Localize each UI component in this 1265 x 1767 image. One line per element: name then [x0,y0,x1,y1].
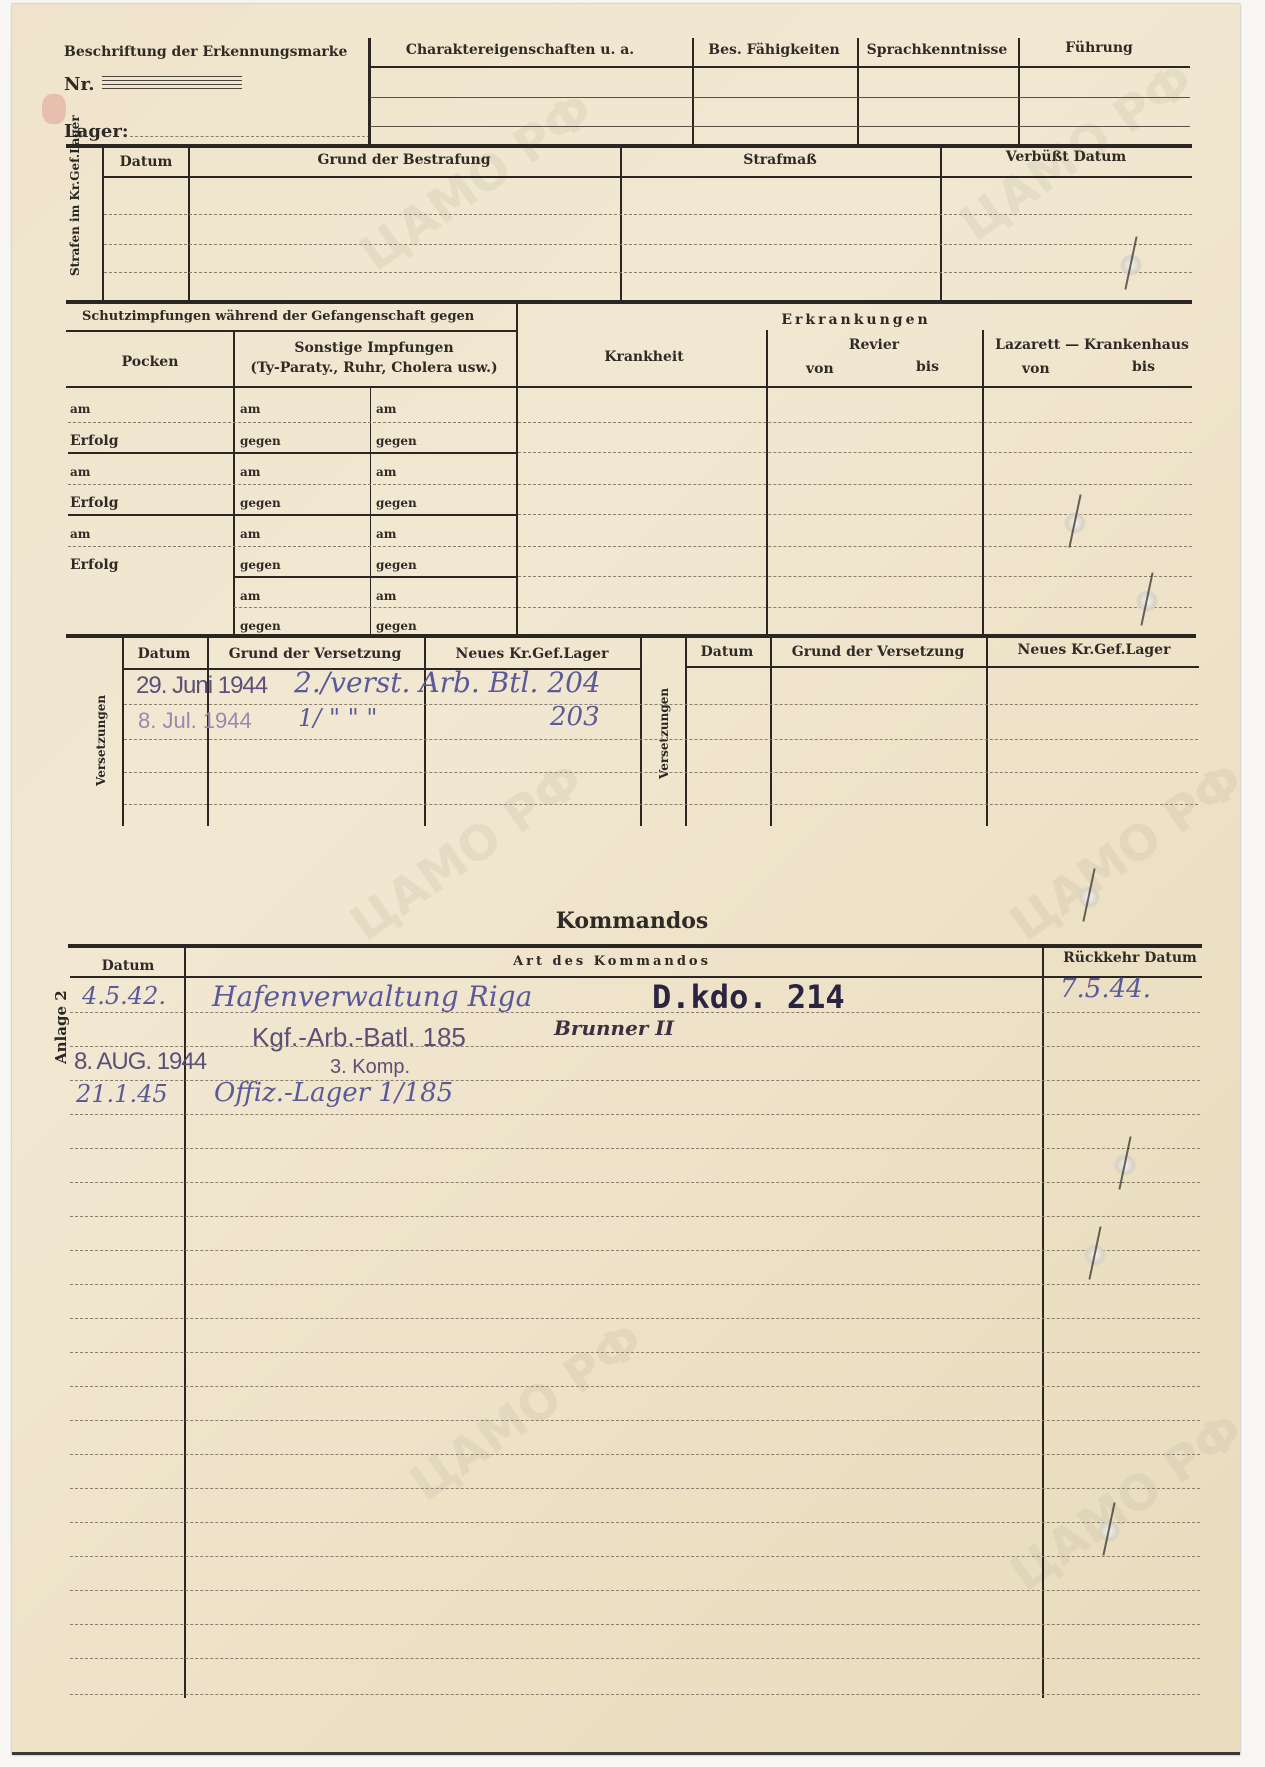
divider [188,146,190,302]
pow-record-card-back: ЦАМО РФ ЦАМО РФ ЦАМО РФ ЦАМО РФ ЦАМО РФ … [12,4,1240,1755]
rule [518,546,1192,547]
transfers-side-label-right: Versetzungen [657,688,671,779]
kommando-date-stamp: 8. AUG. 1944 [74,1048,206,1076]
rule [70,1658,1200,1659]
staple-hole [1136,590,1158,612]
illness-title: Erkrankungen [781,312,930,328]
header-illness: Krankheit [604,349,683,365]
rule [518,484,1192,485]
vaccination-field: am [240,402,260,416]
vaccination-field: am [70,465,90,479]
return-date-handwritten: 7.5.44. [1060,974,1151,1004]
header-hospital: Lazarett — Krankenhaus [995,337,1189,353]
header-served-date: Verbüßt Datum [1006,149,1126,165]
watermark: ЦАМО РФ [1000,752,1253,953]
vaccination-field: gegen [376,558,417,572]
rule [70,1590,1200,1591]
company-stamp: 3. Komp. [330,1056,410,1079]
vaccination-field: gegen [240,558,281,572]
rule [104,244,1192,245]
transfers-side-label-left: Versetzungen [94,695,108,786]
rule [124,772,1198,773]
vaccination-field: am [240,465,260,479]
rule [66,144,1192,148]
rule [70,1318,1200,1319]
vaccination-field: am [240,527,260,541]
rule [66,300,1192,304]
rule [70,1012,1200,1013]
staple-hole [1120,254,1142,276]
header-hospital-from: von [1022,361,1050,377]
header-penalty: Strafmaß [743,152,817,168]
rule [518,576,1192,577]
divider [370,388,371,636]
nr-field-redacted [102,76,242,92]
rule [70,1148,1200,1149]
rule [66,330,516,332]
rule [70,1250,1200,1251]
rule [124,739,1198,740]
vaccination-title: Schutzimpfungen während der Gefangenscha… [82,309,474,324]
vaccination-field: gegen [376,434,417,448]
battalion-stamp: Kgf.-Arb.-Batl. 185 [252,1022,466,1053]
divider [982,330,984,636]
rule [70,1216,1200,1217]
header-reason: Grund der Bestrafung [317,152,490,168]
rule [70,1284,1200,1285]
rule [70,1352,1200,1353]
divider [766,330,768,636]
transfer-camp-handwritten: 203 [550,702,600,732]
divider [692,38,694,146]
vaccination-field: gegen [376,619,417,633]
rule [68,944,1202,948]
header-transfer-date: Datum [138,646,191,662]
rule [104,272,1192,273]
kommando-date-handwritten: 4.5.42. [82,982,166,1010]
rule [68,484,516,485]
header-transfer-reason: Grund der Versetzung [229,646,402,662]
rule [70,1624,1200,1625]
transfer-reason-handwritten: 2./verst. Arb. Btl. 204 [294,666,601,699]
rule [70,1488,1200,1489]
divider [368,38,371,146]
rule [102,176,1192,178]
vaccination-field: am [70,527,90,541]
staple-hole [1064,512,1086,534]
header-kommando-date: Datum [102,958,155,974]
red-ink-mark [42,94,66,124]
header-skills: Bes. Fähigkeiten [708,42,839,58]
divider [940,146,942,302]
header-transfer-reason-2: Grund der Versetzung [792,644,965,660]
rule [685,666,1199,668]
rule [70,976,1202,978]
header-transfer-camp: Neues Kr.Gef.Lager [456,646,609,662]
rule [68,422,516,423]
vaccination-field: gegen [240,619,281,633]
watermark: ЦАМО РФ [350,82,603,283]
rule [70,1420,1200,1421]
divider [986,636,988,826]
rule [70,1522,1200,1523]
header-transfer-camp-2: Neues Kr.Gef.Lager [1018,642,1171,658]
header-hospital-to: bis [1132,359,1155,375]
rule [70,1454,1200,1455]
transfer-reason-handwritten: 1/ " " " [298,704,377,732]
vaccination-field: am [376,527,396,541]
header-smallpox: Pocken [122,354,179,370]
transfer-date-stamp: 8. Jul. 1944 [138,708,252,734]
staple-hole [1114,1154,1136,1176]
watermark: ЦАМО РФ [400,1312,653,1513]
nr-label: Nr. [64,74,95,95]
kommando-stamp: D.kdo. 214 [652,978,845,1016]
header-other-vaccinations-detail: (Ty-Paraty., Ruhr, Cholera usw.) [250,360,497,376]
signature: Brunner II [554,1016,674,1040]
divider [424,636,426,826]
divider [770,636,772,826]
rule [370,66,1190,68]
vaccination-field: am [376,402,396,416]
header-kommando-kind: Art des Kommandos [513,954,711,969]
kommandos-title: Kommandos [556,908,709,934]
lager-field [130,136,370,137]
header-infirmary-to: bis [916,359,939,375]
header-return-date: Rückkehr Datum [1063,950,1197,966]
annex-label: Anlage 2 [52,990,70,1064]
staple-hole [1084,1244,1106,1266]
rule [68,546,516,547]
header-languages: Sprachkenntnisse [867,42,1008,58]
divider [516,302,518,636]
rule [70,1046,1200,1047]
watermark: ЦАМО РФ [1000,1402,1253,1603]
vaccination-field: gegen [240,434,281,448]
rule [518,422,1192,423]
divider [640,636,642,826]
vaccination-field: Erfolg [70,495,119,511]
vaccination-field: Erfolg [70,433,119,449]
kommando-kind-handwritten: Hafenverwaltung Riga [212,980,532,1013]
rule [518,452,1192,453]
rule [68,452,516,454]
rule [70,1556,1200,1557]
rule [70,1114,1200,1115]
header-infirmary: Revier [849,337,899,353]
divider [102,146,104,302]
rule [518,514,1192,515]
rule [70,1182,1200,1183]
divider [1018,38,1020,146]
rule [66,634,1196,638]
rule [234,576,516,578]
divider [1042,946,1044,1698]
rule [66,386,1192,388]
vaccination-field: gegen [376,496,417,510]
kommando-kind-handwritten: Offiz.-Lager 1/185 [214,1078,453,1108]
header-character: Charaktereigenschaften u. a. [406,42,634,58]
vaccination-field: am [240,589,260,603]
rule [104,214,1192,215]
header-other-vaccinations: Sonstige Impfungen [294,340,453,356]
rule [518,607,1192,608]
header-date: Datum [120,154,173,170]
vaccination-field: Erfolg [70,557,119,573]
punishments-side-label: Strafen im Kr.Gef.Lager [68,115,82,276]
divider [685,636,687,826]
rule [70,1080,1200,1081]
divider [233,330,235,636]
header-conduct: Führung [1065,40,1133,56]
rule [70,1694,1200,1695]
rule [370,126,1190,127]
rule [70,1386,1200,1387]
transfer-date-stamp: 29. Juni 1944 [136,672,267,700]
staple-hole [1078,886,1100,908]
rule [234,607,516,608]
header-transfer-date-2: Datum [701,644,754,660]
kommando-date-handwritten: 21.1.45 [76,1080,168,1108]
vaccination-field: am [376,465,396,479]
staple-hole [1098,1520,1120,1542]
rule [370,97,1190,98]
divider [857,38,859,146]
vaccination-field: am [376,589,396,603]
divider [620,146,622,302]
vaccination-field: gegen [240,496,281,510]
tag-label: Beschriftung der Erkennungsmarke [64,44,347,60]
rule [124,704,1198,705]
vaccination-field: am [70,402,90,416]
header-infirmary-from: von [806,361,834,377]
rule [68,514,516,516]
divider [122,636,124,826]
rule [124,804,1198,805]
